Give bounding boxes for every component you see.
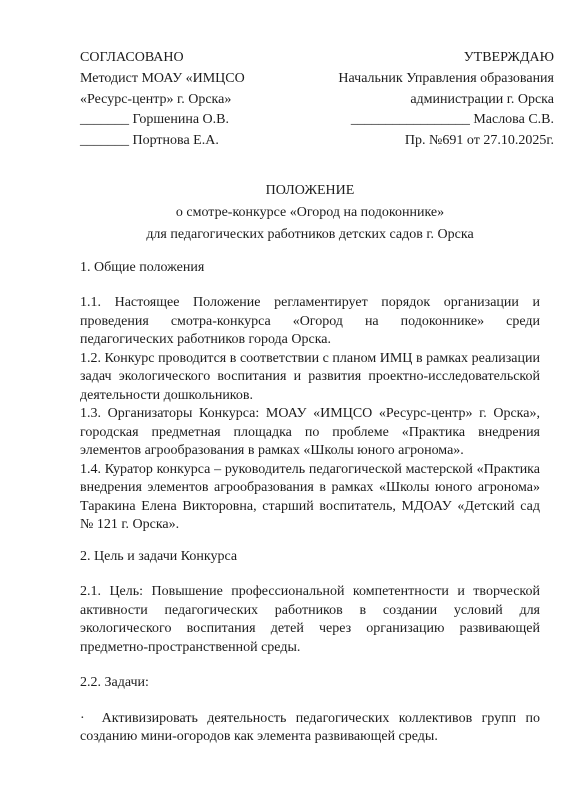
paragraph-1-4: 1.4. Куратор конкурса – руководитель пед… bbox=[80, 461, 540, 535]
bullet-item: ·Активизировать деятельность педагогичес… bbox=[80, 710, 540, 747]
doc-title-line-3: для педагогических работников детских са… bbox=[80, 224, 540, 246]
approved-signature-line: _________________ Маслова С.В. bbox=[338, 110, 554, 131]
document-title: ПОЛОЖЕНИЕ о смотре-конкурсе «Огород на п… bbox=[80, 180, 540, 246]
paragraph-1-1: 1.1. Настоящее Положение регламентирует … bbox=[80, 294, 540, 350]
approved-org-line: Начальник Управления образования bbox=[338, 69, 554, 90]
agreed-block: СОГЛАСОВАНО Методист МОАУ «ИМЦСО «Ресурс… bbox=[80, 48, 245, 152]
agreed-title: СОГЛАСОВАНО bbox=[80, 48, 245, 69]
section-heading-1: 1. Общие положения bbox=[80, 259, 540, 278]
agreed-signature-line: _______ Горшенина О.В. bbox=[80, 110, 245, 131]
bullet-text: Активизировать деятельность педагогическ… bbox=[80, 711, 540, 745]
approval-header: СОГЛАСОВАНО Методист МОАУ «ИМЦСО «Ресурс… bbox=[80, 48, 540, 152]
bullet-marker: · bbox=[80, 710, 102, 729]
agreed-signature-line: _______ Портнова Е.А. bbox=[80, 131, 245, 152]
doc-title-line-1: ПОЛОЖЕНИЕ bbox=[80, 180, 540, 202]
doc-title-line-2: о смотре-конкурсе «Огород на подоконнике… bbox=[80, 202, 540, 224]
document-page: СОГЛАСОВАНО Методист МОАУ «ИМЦСО «Ресурс… bbox=[0, 0, 566, 800]
approved-org-line: администрации г. Орска bbox=[338, 90, 554, 111]
paragraph-1-3: 1.3. Организаторы Конкурса: МОАУ «ИМЦСО … bbox=[80, 405, 540, 461]
agreed-org-line: «Ресурс-центр» г. Орска» bbox=[80, 90, 245, 111]
approved-order-line: Пр. №691 от 27.10.2025г. bbox=[338, 131, 554, 152]
paragraph-2-1: 2.1. Цель: Повышение профессиональной ко… bbox=[80, 583, 540, 657]
approved-title: УТВЕРЖДАЮ bbox=[338, 48, 554, 69]
approved-block: УТВЕРЖДАЮ Начальник Управления образован… bbox=[338, 48, 554, 152]
agreed-org-line: Методист МОАУ «ИМЦСО bbox=[80, 69, 245, 90]
paragraph-1-2: 1.2. Конкурс проводится в соответствии с… bbox=[80, 350, 540, 406]
section-heading-2: 2. Цель и задачи Конкурса bbox=[80, 548, 540, 567]
paragraph-2-2: 2.2. Задачи: bbox=[80, 674, 540, 693]
